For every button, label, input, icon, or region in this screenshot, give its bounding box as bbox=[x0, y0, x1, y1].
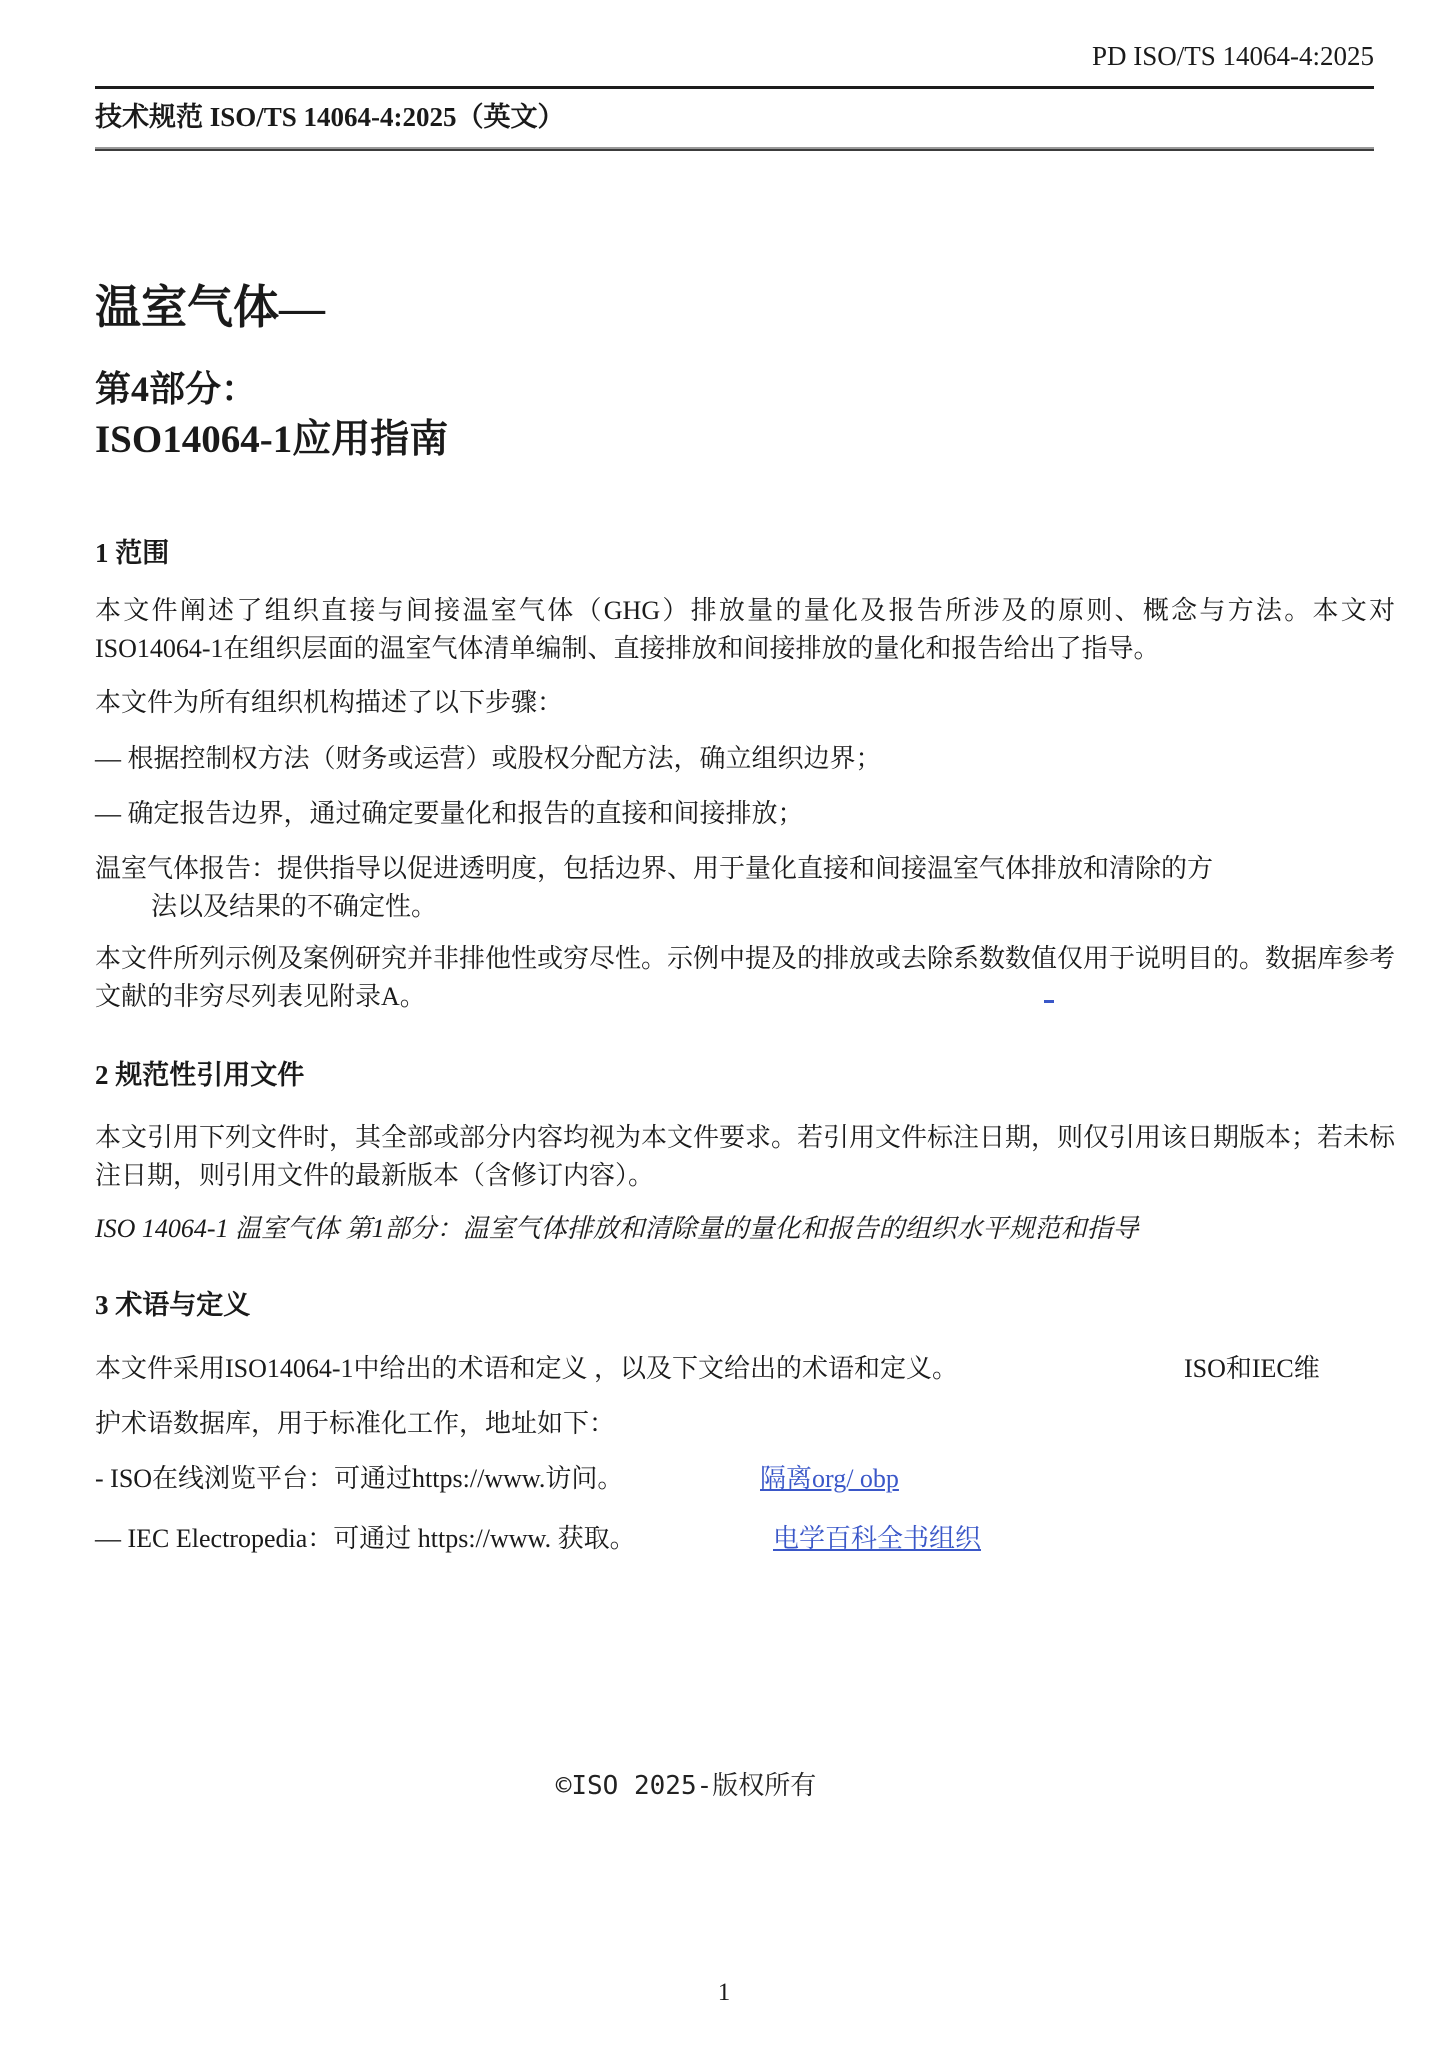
terms-list-item-iec-electropedia: — IEC Electropedia：可通过 https://www. 获取。 … bbox=[95, 1520, 1395, 1558]
section-1-heading: 1 范围 bbox=[95, 536, 169, 570]
header-spec-title: 技术规范 ISO/TS 14064-4:2025（英文） bbox=[95, 100, 565, 134]
normative-paragraph: 本文引用下列文件时，其全部或部分内容均视为本文件要求。若引用文件标注日期，则仅引… bbox=[95, 1119, 1395, 1195]
terms-paragraph-1-left: 本文件采用ISO14064-1中给出的术语和定义 ，以及下文给出的术语和定义。 bbox=[95, 1354, 958, 1383]
terms-item1-text: - ISO在线浏览平台：可通过https://www.访问。 bbox=[95, 1464, 623, 1493]
terms-paragraph-1-right-fragment: ISO和IEC维 bbox=[1184, 1350, 1320, 1388]
scope-bullet-2: — 确定报告边界，通过确定要量化和报告的直接和间接排放； bbox=[95, 795, 1415, 833]
terms-paragraph-2: 护术语数据库，用于标准化工作，地址如下： bbox=[95, 1405, 1395, 1443]
header-rule-bottom bbox=[95, 147, 1374, 151]
annex-link-dash[interactable] bbox=[1044, 1000, 1054, 1003]
header-rule-top bbox=[95, 86, 1374, 89]
copyright-notice: ©ISO 2025-版权所有 bbox=[95, 1770, 1277, 1802]
scope-paragraph-3-line2: 法以及结果的不确定性。 bbox=[95, 888, 1395, 926]
scope-paragraph-3-line1: 温室气体报告：提供指导以促进透明度，包括边界、用于量化直接和间接温室气体排放和清… bbox=[95, 850, 1395, 888]
document-title-line3: ISO14064-1应用指南 bbox=[95, 417, 448, 463]
scope-bullet-1: — 根据控制权方法（财务或运营）或股权分配方法，确立组织边界； bbox=[95, 740, 1415, 778]
terms-list-item-iso-obp: - ISO在线浏览平台：可通过https://www.访问。 隔离org/ ob… bbox=[95, 1460, 1395, 1498]
scope-paragraph-1: 本文件阐述了组织直接与间接温室气体（GHG）排放量的量化及报告所涉及的原则、概念… bbox=[95, 592, 1395, 668]
normative-reference: ISO 14064-1 温室气体 第1部分：温室气体排放和清除量的量化和报告的组… bbox=[95, 1210, 1415, 1248]
page-number: 1 bbox=[0, 1978, 1448, 2008]
section-2-heading: 2 规范性引用文件 bbox=[95, 1058, 304, 1092]
document-title-line1: 温室气体— bbox=[95, 282, 325, 334]
iec-electropedia-link[interactable]: 电学百科全书组织 bbox=[773, 1520, 981, 1558]
iso-obp-link[interactable]: 隔离org/ obp bbox=[760, 1460, 899, 1498]
header-doc-reference: PD ISO/TS 14064-4:2025 bbox=[1092, 40, 1374, 72]
scope-paragraph-2: 本文件为所有组织机构描述了以下步骤： bbox=[95, 684, 1415, 722]
section-3-heading: 3 术语与定义 bbox=[95, 1288, 250, 1322]
scope-paragraph-3: 温室气体报告：提供指导以促进透明度，包括边界、用于量化直接和间接温室气体排放和清… bbox=[95, 850, 1395, 926]
document-page: PD ISO/TS 14064-4:2025 技术规范 ISO/TS 14064… bbox=[0, 0, 1448, 2048]
terms-item2-text: — IEC Electropedia：可通过 https://www. 获取。 bbox=[95, 1524, 636, 1553]
scope-paragraph-4: 本文件所列示例及案例研究并非排他性或穷尽性。示例中提及的排放或去除系数数值仅用于… bbox=[95, 940, 1395, 1016]
document-title-line2: 第4部分： bbox=[95, 368, 257, 410]
terms-paragraph-1: 本文件采用ISO14064-1中给出的术语和定义 ，以及下文给出的术语和定义。 … bbox=[95, 1350, 1395, 1388]
